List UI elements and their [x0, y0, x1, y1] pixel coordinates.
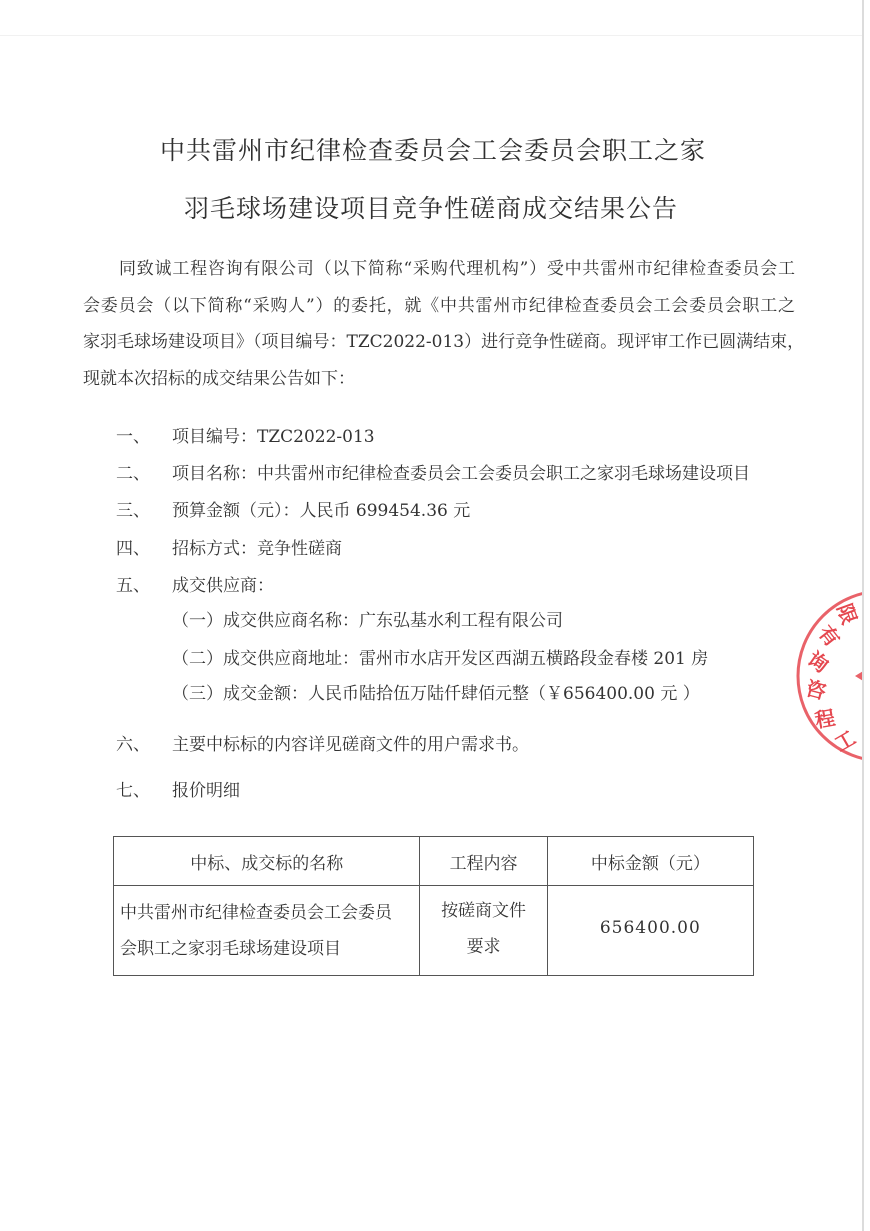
company-seal: 限 有 询 咨 程 工 [0, 0, 863, 1231]
page-edge-line [862, 0, 864, 1231]
seal-icon [0, 0, 863, 1231]
document-page: 中共雷州市纪律检查委员会工会委员会职工之家 羽毛球场建设项目竞争性磋商成交结果公… [0, 0, 870, 1231]
seal-char: 程 [813, 707, 836, 730]
